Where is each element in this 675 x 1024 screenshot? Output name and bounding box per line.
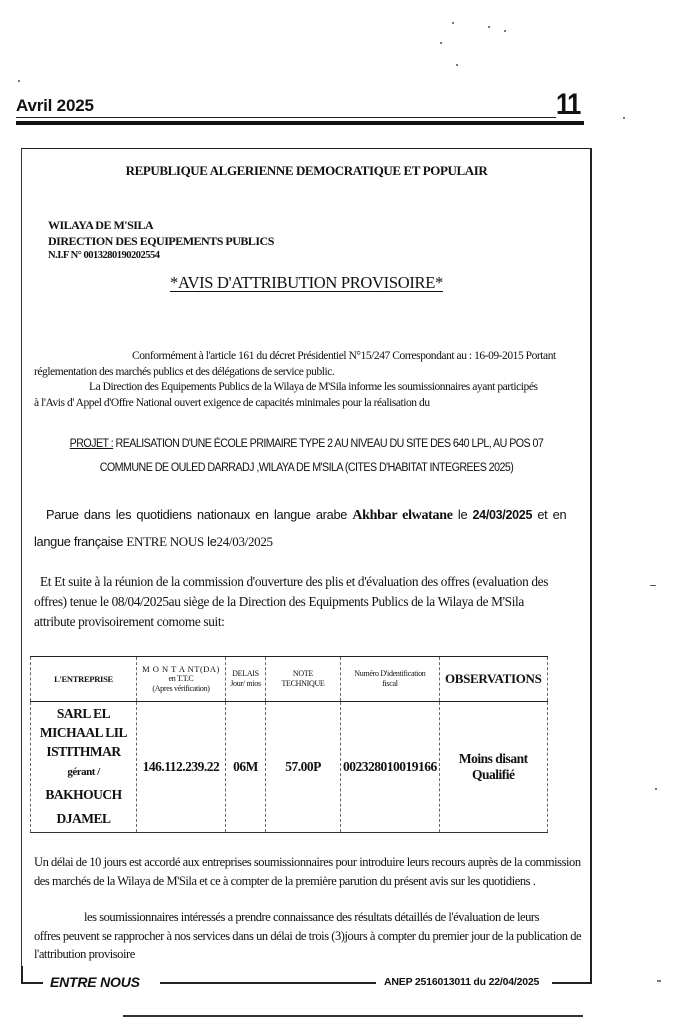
publication-paragraph: Parue dans les quotidiens nationaux en l… xyxy=(34,502,594,555)
scan-speck xyxy=(456,64,458,66)
project-line-2: COMMUNE DE OULED DARRADJ ,WILAYA DE M'SI… xyxy=(41,456,572,480)
legal-basis-line-1: Conformément à l'article 161 du décret P… xyxy=(34,348,589,364)
results-line-1: les soumissionnaires intéressés a prendr… xyxy=(34,908,594,927)
header-note: NOTETECHNIQUE xyxy=(266,657,341,702)
header-note-line-2: TECHNIQUE xyxy=(268,679,338,689)
notice-title: *AVIS D'ATTRIBUTION PROVISOIRE* xyxy=(21,273,592,293)
publication-line2-prefix: langue française xyxy=(34,534,126,549)
entreprise-line: MICHAAL LIL xyxy=(33,723,134,742)
cell-note: 57.00P xyxy=(266,702,341,833)
commission-line-2: offres) tenue le 08/04/2025au siège de l… xyxy=(34,592,590,612)
header-nif: Numéro D'identificationfiscal xyxy=(341,657,440,702)
cell-entreprise: SARL EL MICHAAL LIL ISTITHMAR gérant / B… xyxy=(31,702,137,833)
org-direction: DIRECTION DES EQUIPEMENTS PUBLICS xyxy=(48,234,274,249)
gerant-label: gérant / xyxy=(33,761,134,783)
header-montant-line-3: (Apres vérification) xyxy=(139,684,223,694)
manager-line: BAKHOUCH xyxy=(33,783,134,807)
table-row: SARL EL MICHAAL LIL ISTITHMAR gérant / B… xyxy=(31,702,548,833)
notice-title-text: *AVIS D'ATTRIBUTION PROVISOIRE* xyxy=(170,273,443,292)
footer-rule-middle xyxy=(160,982,376,984)
publication-line2-mid: le xyxy=(204,534,217,549)
direction-info-line-1: La Direction des Equipements Publics de … xyxy=(34,379,594,395)
publication-prefix: Parue dans les quotidiens nationaux en l… xyxy=(46,507,352,522)
french-publication-date: 24/03/2025 xyxy=(217,534,273,549)
legal-basis-line-2: réglementation des marchés publics et de… xyxy=(34,364,589,380)
header-delais-line-2: Jour/ mios xyxy=(228,679,263,689)
header-observations: OBSERVATIONS xyxy=(439,657,547,702)
scan-speck xyxy=(488,26,490,28)
direction-info-line-2: à l'Avis d' Appel d'Offre National ouver… xyxy=(34,395,594,411)
notice-frame xyxy=(21,148,592,966)
header-note-line-1: NOTE xyxy=(268,669,338,679)
legal-basis-paragraph: Conformément à l'article 161 du décret P… xyxy=(34,348,589,380)
cell-montant: 146.112.239.22 xyxy=(137,702,226,833)
publication-name: ENTRE NOUS xyxy=(50,974,140,990)
commission-paragraph: Et Et suite à la réunion de la commissio… xyxy=(34,572,590,632)
publication-mid: le xyxy=(453,507,473,522)
publication-suffix: et en xyxy=(532,507,566,522)
project-description: PROJET : REALISATION D'UNE ÉCOLE PRIMAIR… xyxy=(41,432,572,480)
publication-line-1: Parue dans les quotidiens nationaux en l… xyxy=(34,502,594,529)
header-montant-line-1: M O N T A NT(DA) xyxy=(139,664,223,674)
results-rest: offres peuvent se rapprocher à nos servi… xyxy=(34,927,594,964)
header-entreprise: L'ENTREPRISE xyxy=(31,657,137,702)
entreprise-line: ISTITHMAR xyxy=(33,742,134,761)
footer-frame-left xyxy=(21,966,23,983)
header-delais: DELAISJour/ mios xyxy=(226,657,266,702)
footer-rule-right xyxy=(552,982,592,984)
attribution-table: L'ENTREPRISE M O N T A NT(DA)en T.T.C(Ap… xyxy=(30,656,548,833)
header-delais-line-1: DELAIS xyxy=(228,669,263,679)
publication-line-2: langue française ENTRE NOUS le24/03/2025 xyxy=(34,529,594,555)
scan-speck xyxy=(623,117,625,119)
scan-speck xyxy=(440,42,442,44)
header-nif-line-1: Numéro D'identification xyxy=(343,669,437,679)
arabic-newspaper: Akhbar elwatane xyxy=(352,508,452,523)
header-nif-line-2: fiscal xyxy=(343,679,437,689)
commission-line-1: Et Et suite à la réunion de la commissio… xyxy=(34,572,590,592)
cell-observation: Moins disant Qualifié xyxy=(439,702,547,833)
footer-rule-left xyxy=(21,982,43,984)
cell-nif: 002328010019166 xyxy=(341,702,440,833)
cell-delais: 06M xyxy=(226,702,266,833)
anep-reference: ANEP 2516013011 du 22/04/2025 xyxy=(384,976,539,988)
scan-speck xyxy=(657,980,661,982)
appeal-period-paragraph: Un délai de 10 jours est accordé aux ent… xyxy=(34,853,594,890)
header-montant: M O N T A NT(DA)en T.T.C(Apres vérificat… xyxy=(137,657,226,702)
org-nif: N.I.F N° 0013280190202554 xyxy=(48,250,159,261)
project-line-1-text: REALISATION D'UNE ÉCOLE PRIMAIRE TYPE 2 … xyxy=(113,438,543,450)
republic-heading: REPUBLIQUE ALGERIENNE DEMOCRATIQUE ET PO… xyxy=(21,163,592,179)
scan-speck xyxy=(655,788,657,790)
page-number: 11 xyxy=(556,88,580,122)
header-montant-line-2: en T.T.C xyxy=(139,674,223,684)
issue-date: Avril 2025 xyxy=(16,96,94,116)
header-rule-thick xyxy=(16,121,584,125)
commission-line-3: attribute provisoirement comome suit: xyxy=(34,612,590,632)
direction-info-paragraph: La Direction des Equipements Publics de … xyxy=(34,379,594,411)
scan-speck xyxy=(452,22,454,24)
project-line-1: PROJET : REALISATION D'UNE ÉCOLE PRIMAIR… xyxy=(41,432,572,456)
next-notice-rule xyxy=(123,1015,583,1017)
manager-line: DJAMEL xyxy=(33,807,134,831)
org-wilaya: WILAYA DE M'SILA xyxy=(48,218,153,233)
arabic-publication-date: 24/03/2025 xyxy=(473,508,533,522)
french-newspaper: ENTRE NOUS xyxy=(126,534,204,549)
footer-frame-right xyxy=(590,966,592,983)
table-header-row: L'ENTREPRISE M O N T A NT(DA)en T.T.C(Ap… xyxy=(31,657,548,702)
results-consultation-paragraph: les soumissionnaires intéressés a prendr… xyxy=(34,908,594,964)
scan-speck xyxy=(504,30,506,32)
header-rule-thin xyxy=(16,117,556,118)
project-label: PROJET : xyxy=(70,438,113,450)
entreprise-line: SARL EL xyxy=(33,704,134,723)
scan-speck xyxy=(18,80,20,82)
scan-speck xyxy=(650,585,656,586)
